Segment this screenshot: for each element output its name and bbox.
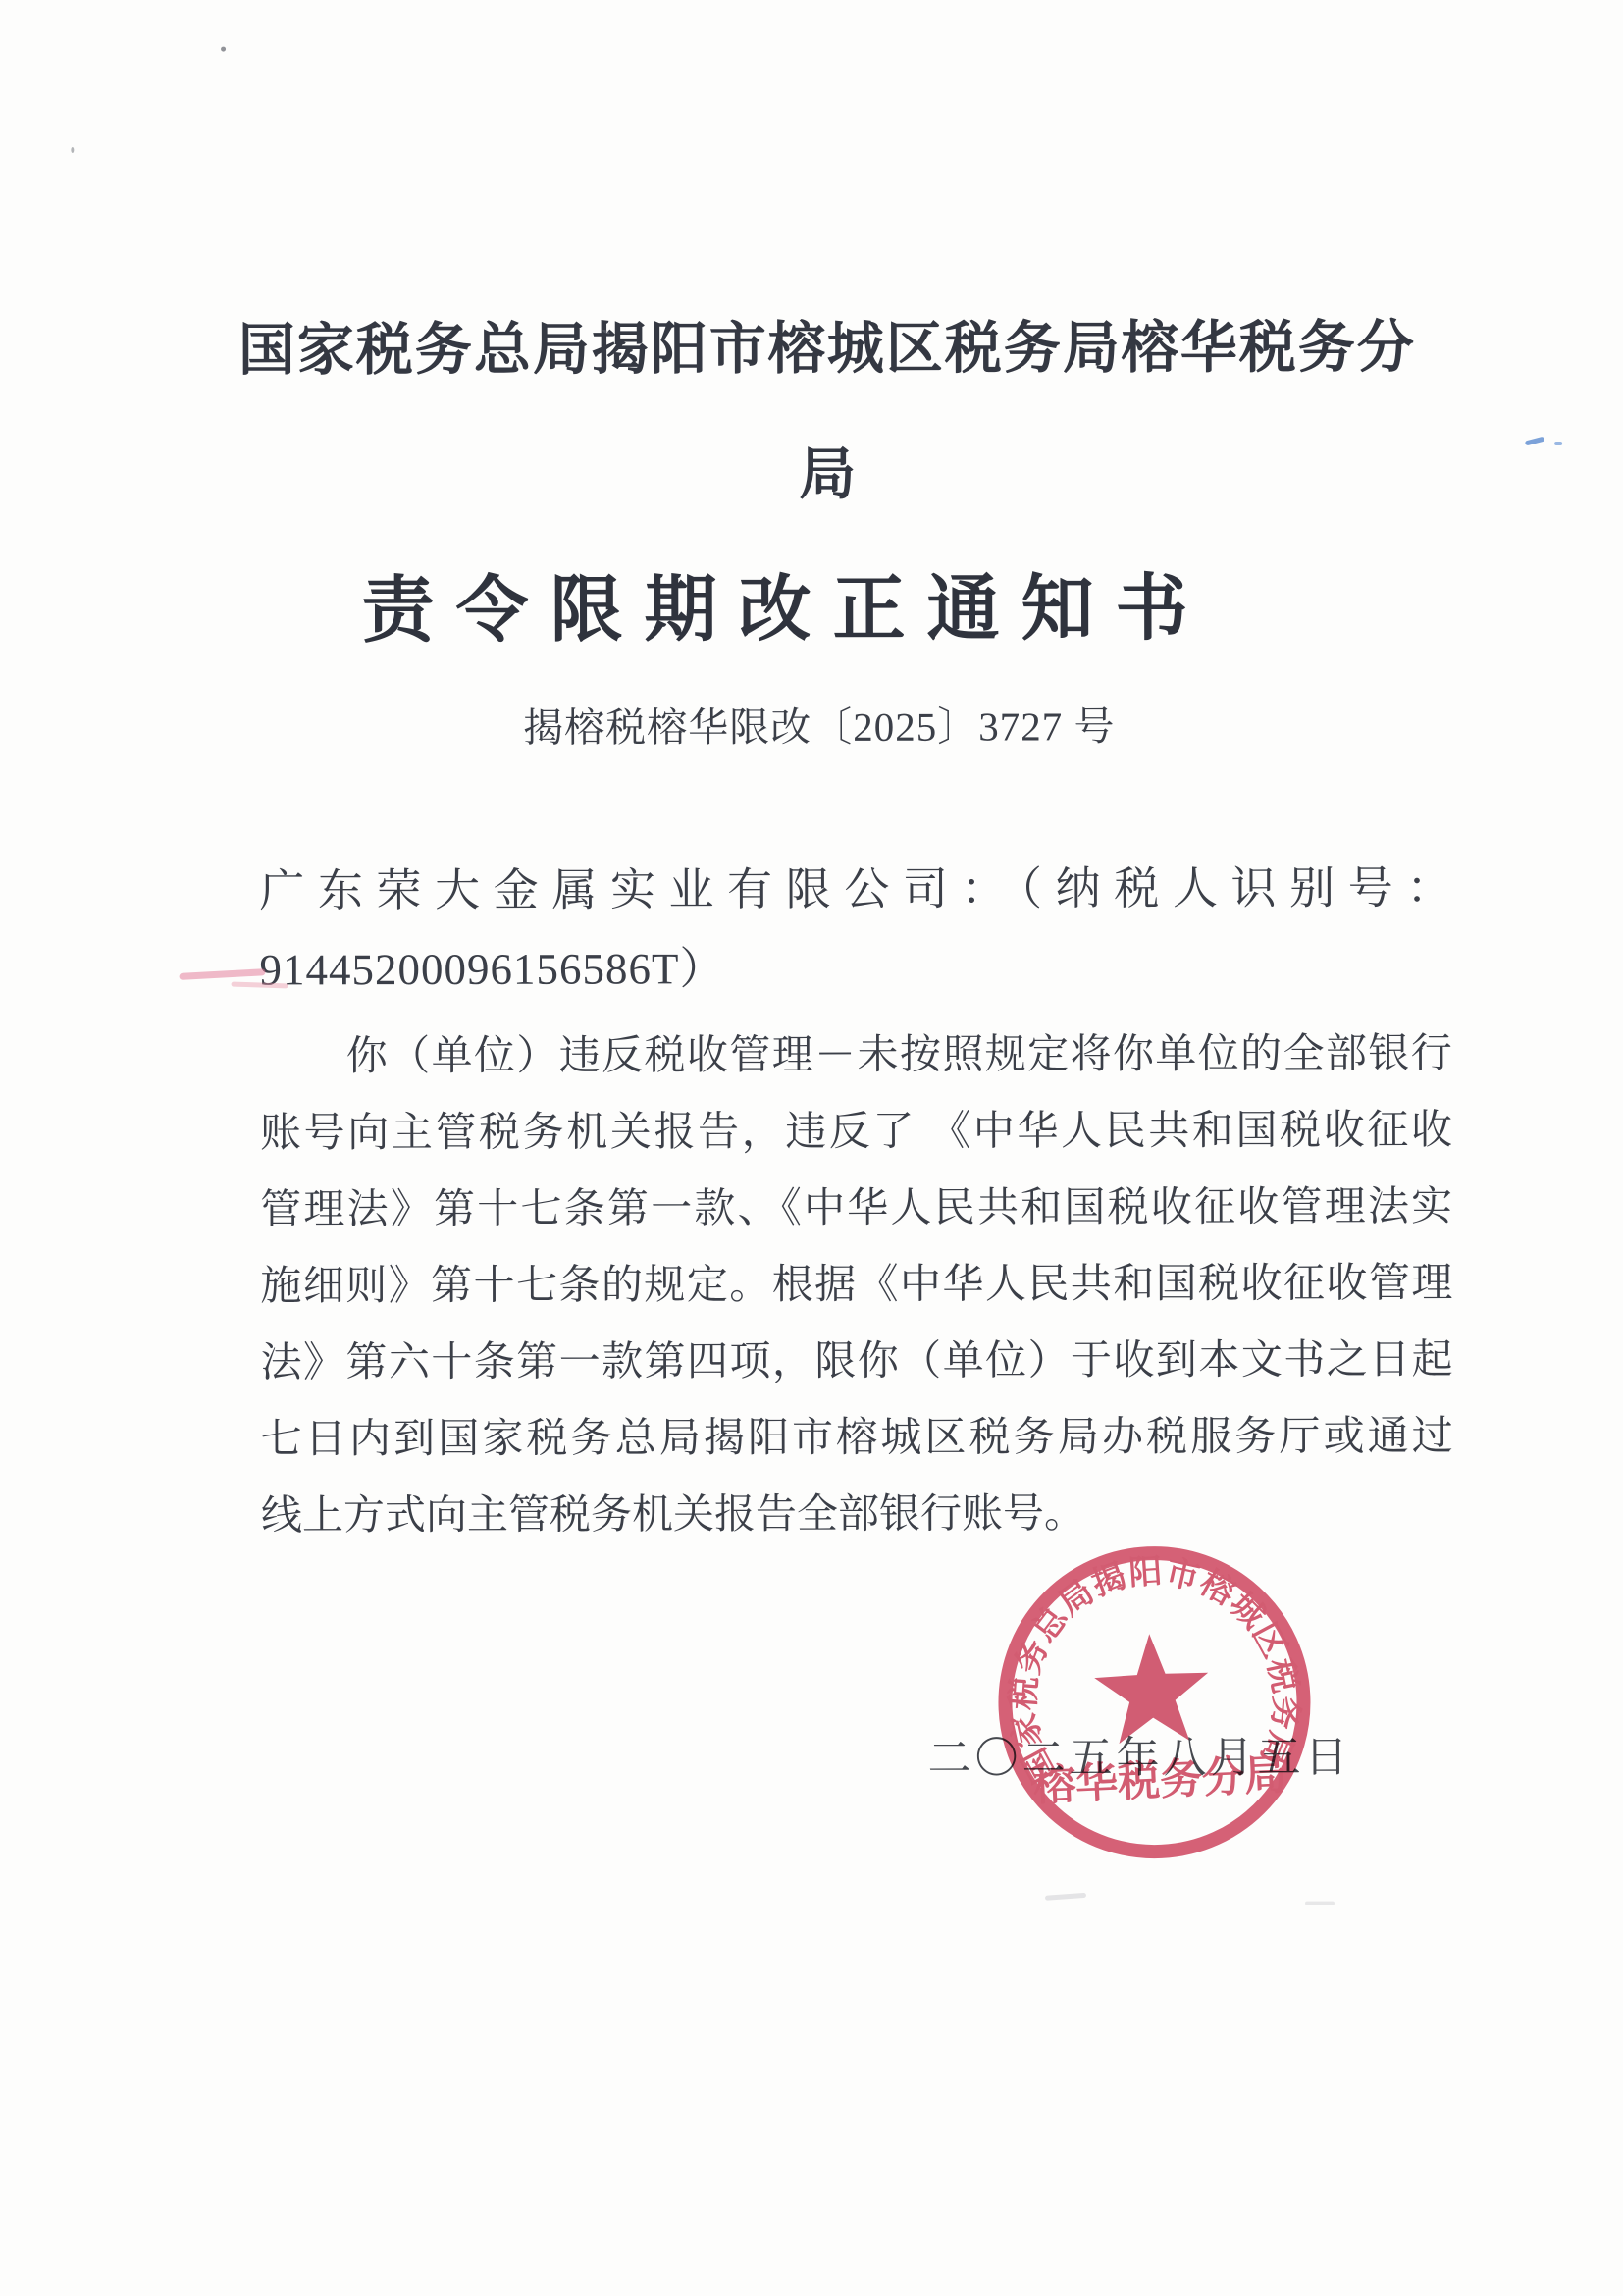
star-icon	[1092, 1632, 1211, 1746]
scan-speck-3	[71, 147, 74, 153]
pink-pen-mark-2	[231, 982, 288, 989]
document-content: 国家税务总局揭阳市榕城区税务局榕华税务分 局 责令限期改正通知书 揭榕税榕华限改…	[0, 0, 1623, 2296]
body-line-3: 管理法》第十七条第一款、《中华人民共和国税收征收管理法实	[260, 1174, 1452, 1235]
scanned-notice-page: 国家税务总局揭阳市榕城区税务局榕华税务分 局 责令限期改正通知书 揭榕税榕华限改…	[0, 0, 1623, 2296]
document-title: 责令限期改正通知书	[0, 549, 1573, 657]
official-seal-stamp: 国家税务总局揭阳市榕城区税务局 榕华税务分局	[960, 1508, 1349, 1898]
document-number: 揭榕税榕华限改〔2025〕3727 号	[17, 693, 1622, 755]
taxpayer-id: 91445200096156586T）	[259, 932, 724, 997]
issuer-name-line2: 局	[33, 426, 1621, 512]
body-line-1: 你（单位）违反税收管理－未按照规定将你单位的全部银行	[260, 1020, 1452, 1082]
seal-bottom-text: 榕华税务分局	[1031, 1751, 1287, 1810]
blue-ink-speck-2	[1554, 442, 1562, 445]
issuer-name-line1: 国家税务总局揭阳市榕城区税务局榕华税务分	[33, 300, 1621, 387]
body-line-2: 账号向主管税务机关报告，违反了 《中华人民共和国税收征收	[260, 1097, 1452, 1159]
scan-speck-1	[221, 47, 226, 52]
pink-pen-mark	[179, 968, 265, 980]
body-line-5: 法》第六十条第一款第四项，限你（单位）于收到本文书之日起	[260, 1327, 1452, 1388]
body-line-4: 施细则》第十七条的规定。根据《中华人民共和国税收征收管理	[260, 1250, 1452, 1312]
recipient-name-line: 广东荣大金属实业有限公司：（纳税人识别号：	[259, 852, 1451, 919]
scan-smudge-2	[1305, 1902, 1335, 1905]
body-line-6: 七日内到国家税务总局揭阳市榕城区税务局办税服务厅或通过	[261, 1403, 1453, 1465]
